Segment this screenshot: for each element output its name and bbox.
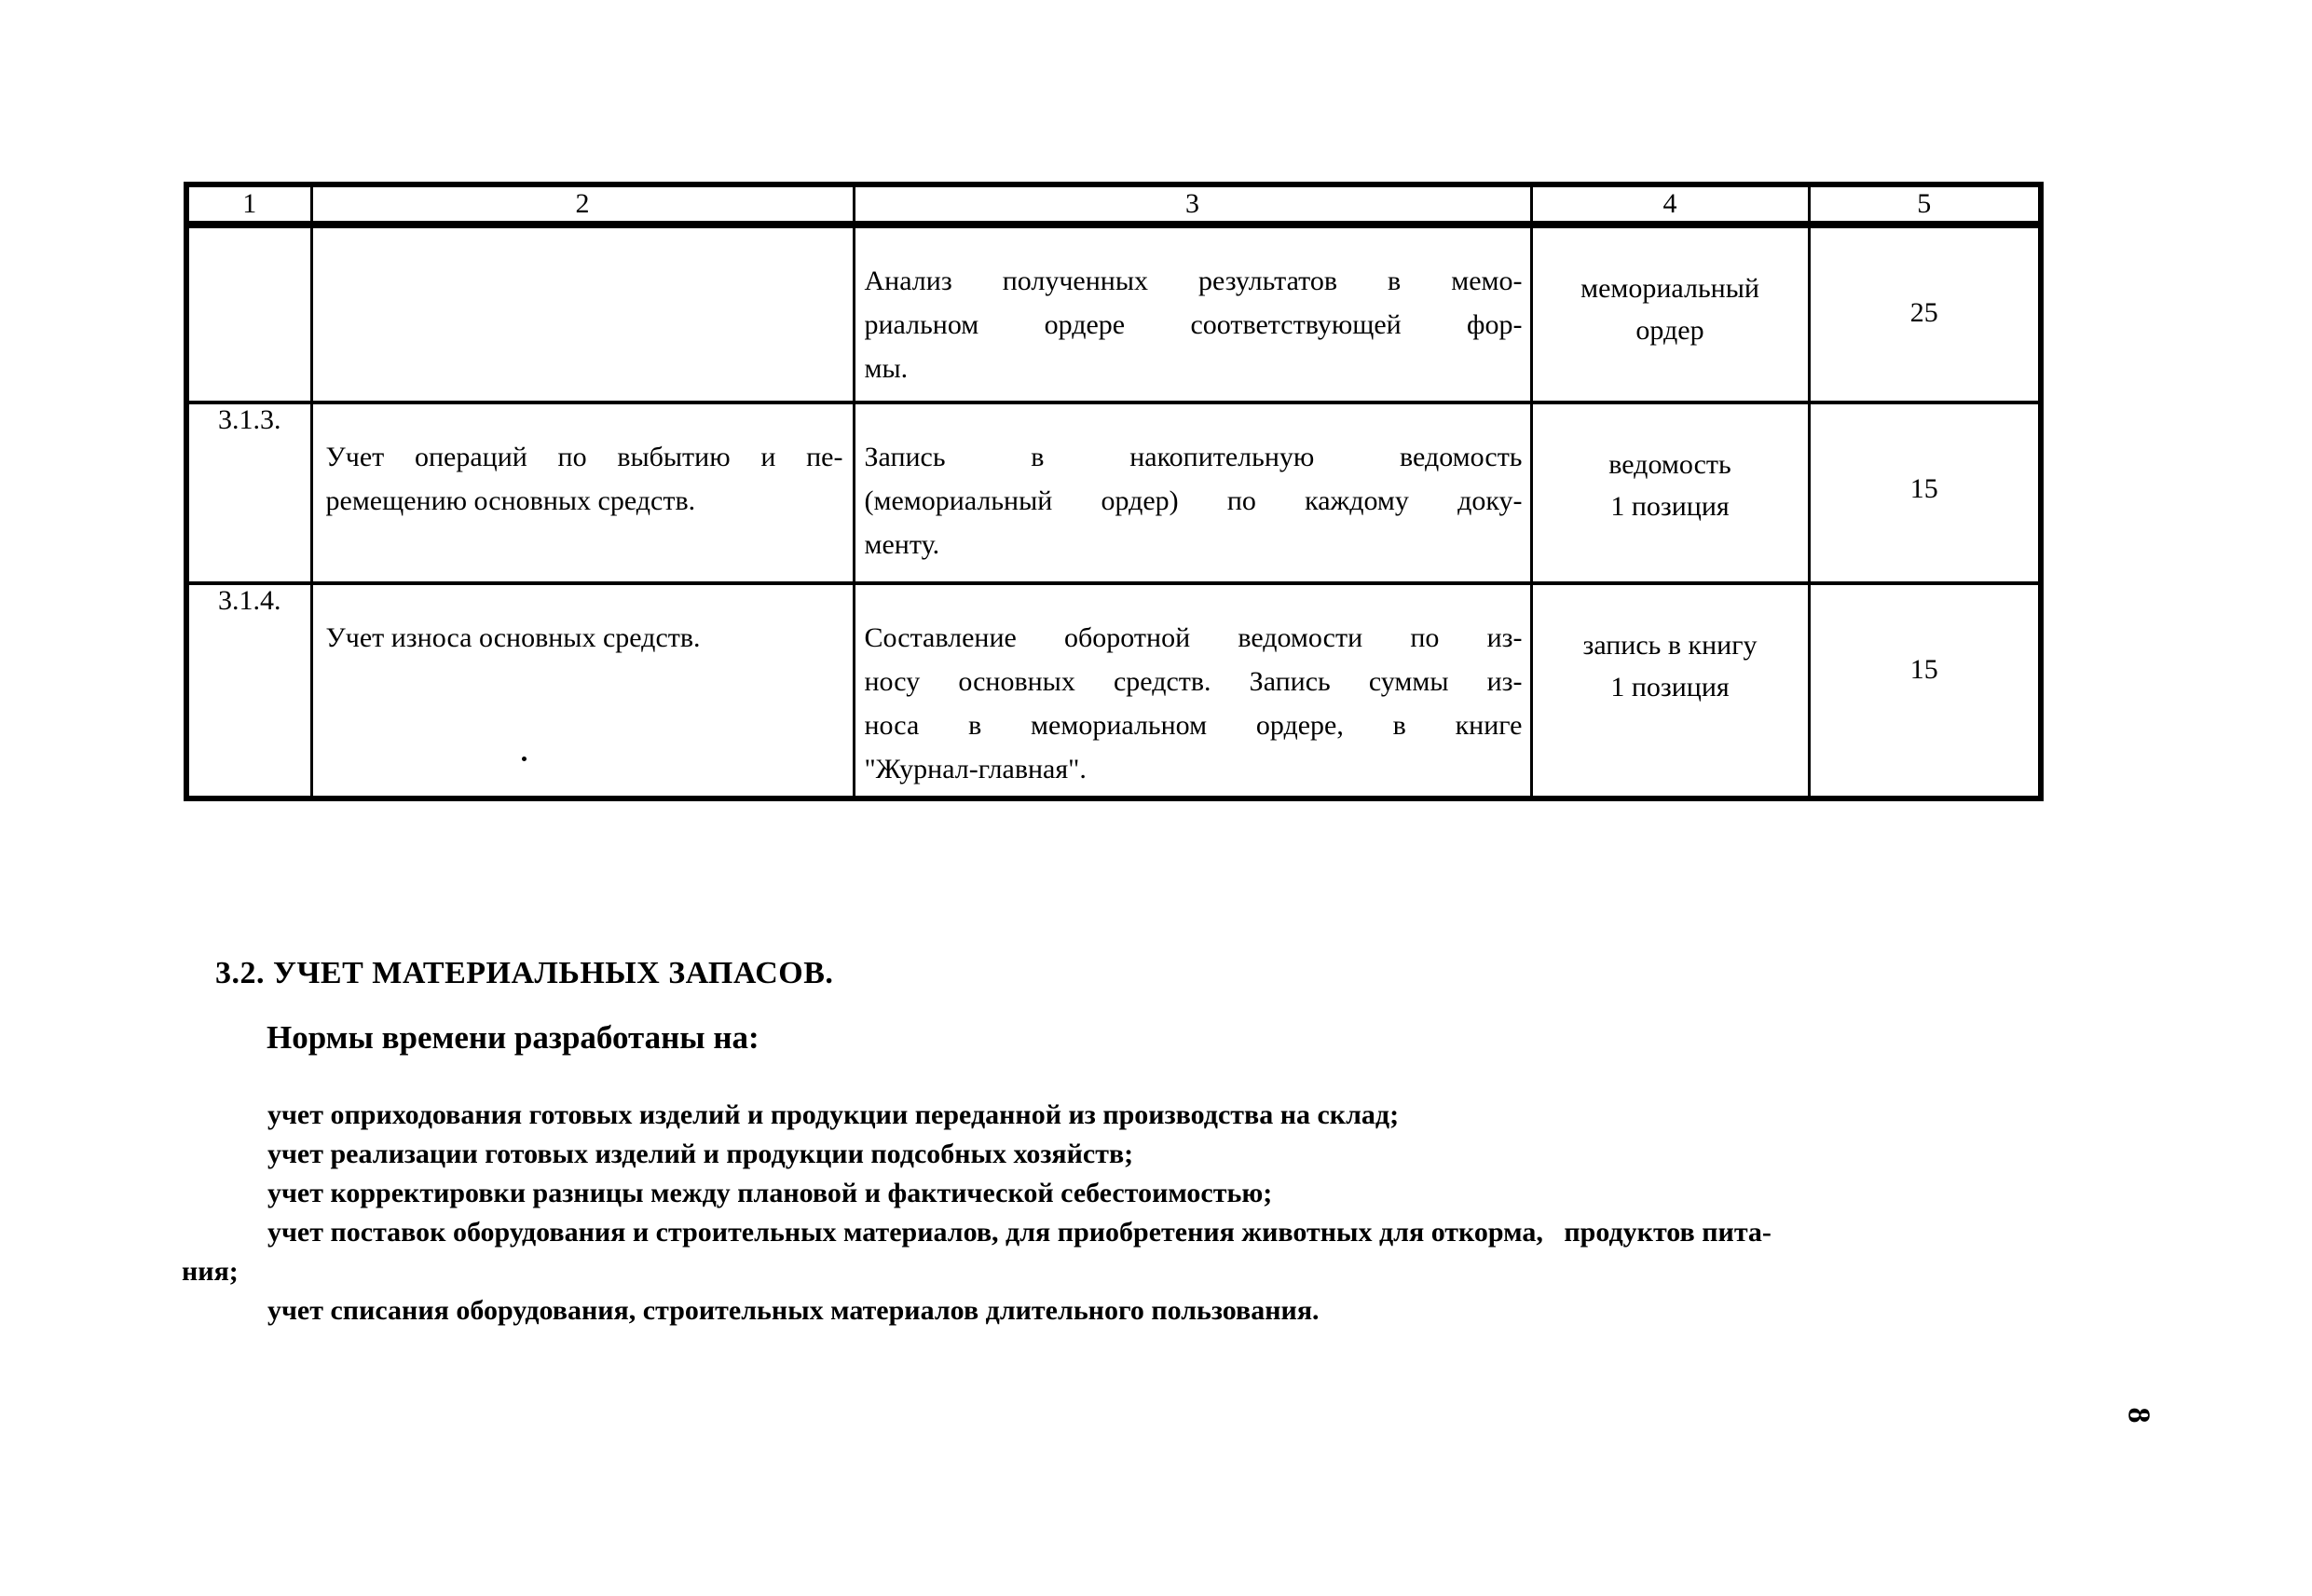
operation-cell: Запись в накопительную ведомость (мемори… bbox=[854, 402, 1531, 583]
column-number-header: 5 bbox=[1809, 184, 2041, 225]
unit-line: запись в книгу bbox=[1533, 624, 1808, 666]
list-item: учет реализации готовых изделий и продук… bbox=[182, 1135, 2101, 1174]
column-number-header: 2 bbox=[311, 184, 854, 225]
list-item: учет корректировки разницы между планово… bbox=[182, 1174, 2101, 1213]
table-row: 3.1.4. Учет износа основных средств. Сос… bbox=[186, 583, 2041, 798]
unit-line: мемориальный bbox=[1533, 267, 1808, 309]
norms-table: 1 2 3 4 5 Анализ полученных результатов … bbox=[184, 182, 2044, 801]
task-cell bbox=[311, 225, 854, 402]
unit-cell: запись в книгу 1 позиция bbox=[1531, 583, 1809, 798]
operation-line: (мемориальный ордер) по каждому доку- bbox=[865, 479, 1523, 523]
list-item: учет списания оборудования, строительных… bbox=[182, 1291, 2101, 1330]
task-cell: Учет износа основных средств. bbox=[311, 583, 854, 798]
section-heading: 3.2. УЧЕТ МАТЕРИАЛЬНЫХ ЗАПАСОВ. bbox=[215, 956, 833, 991]
unit-cell: мемориальный ордер bbox=[1531, 225, 1809, 402]
list-item: учет поставок оборудования и строительны… bbox=[182, 1213, 2101, 1252]
norm-cell: 25 bbox=[1809, 225, 2041, 402]
norm-value: 15 bbox=[1811, 585, 2039, 686]
task-cell: Учет операций по выбытию и пе- ремещению… bbox=[311, 402, 854, 583]
unit-line: 1 позиция bbox=[1533, 666, 1808, 708]
list-item-continuation: ния; bbox=[182, 1252, 2101, 1291]
operation-line: Составление оборотной ведомости по из- bbox=[865, 616, 1523, 660]
unit-cell: ведомость 1 позиция bbox=[1531, 402, 1809, 583]
column-number-header: 4 bbox=[1531, 184, 1809, 225]
operation-cell: Составление оборотной ведомости по из- н… bbox=[854, 583, 1531, 798]
task-line: Учет операций по выбытию и пе- bbox=[326, 435, 843, 479]
table-header-row: 1 2 3 4 5 bbox=[186, 184, 2041, 225]
row-number-cell: 3.1.4. bbox=[186, 583, 311, 798]
column-number-header: 1 bbox=[186, 184, 311, 225]
document-page: 1 2 3 4 5 Анализ полученных результатов … bbox=[0, 0, 2312, 1596]
operation-line: менту. bbox=[865, 523, 1523, 566]
task-line: Учет износа основных средств. bbox=[326, 616, 843, 660]
operation-line: риальном ордере соответствующей фор- bbox=[865, 303, 1523, 347]
norm-value: 25 bbox=[1811, 228, 2039, 329]
norm-cell: 15 bbox=[1809, 583, 2041, 798]
norm-value: 15 bbox=[1811, 404, 2039, 505]
operation-line: носу основных средств. Запись суммы из- bbox=[865, 660, 1523, 703]
operation-line: Анализ полученных результатов в мемо- bbox=[865, 259, 1523, 303]
operation-line: мы. bbox=[865, 347, 1523, 390]
unit-line: ведомость bbox=[1533, 443, 1808, 485]
operation-line: носа в мемориальном ордере, в книге bbox=[865, 703, 1523, 747]
page-number: 8 bbox=[2121, 1408, 2156, 1424]
list-item: учет оприходования готовых изделий и про… bbox=[182, 1096, 2101, 1135]
operation-line: "Журнал-главная". bbox=[865, 747, 1523, 791]
scan-speckle-dot bbox=[522, 757, 527, 761]
row-number-cell: 3.1.3. bbox=[186, 402, 311, 583]
operation-line: Запись в накопительную ведомость bbox=[865, 435, 1523, 479]
task-line: ремещению основных средств. bbox=[326, 479, 843, 523]
unit-line: ордер bbox=[1533, 309, 1808, 351]
unit-line: 1 позиция bbox=[1533, 485, 1808, 527]
list: учет оприходования готовых изделий и про… bbox=[182, 1096, 2101, 1330]
table-row: Анализ полученных результатов в мемо- ри… bbox=[186, 225, 2041, 402]
table-row: 3.1.3. Учет операций по выбытию и пе- ре… bbox=[186, 402, 2041, 583]
operation-cell: Анализ полученных результатов в мемо- ри… bbox=[854, 225, 1531, 402]
norm-cell: 15 bbox=[1809, 402, 2041, 583]
column-number-header: 3 bbox=[854, 184, 1531, 225]
section-subheading: Нормы времени разработаны на: bbox=[267, 1019, 759, 1057]
row-number-cell bbox=[186, 225, 311, 402]
